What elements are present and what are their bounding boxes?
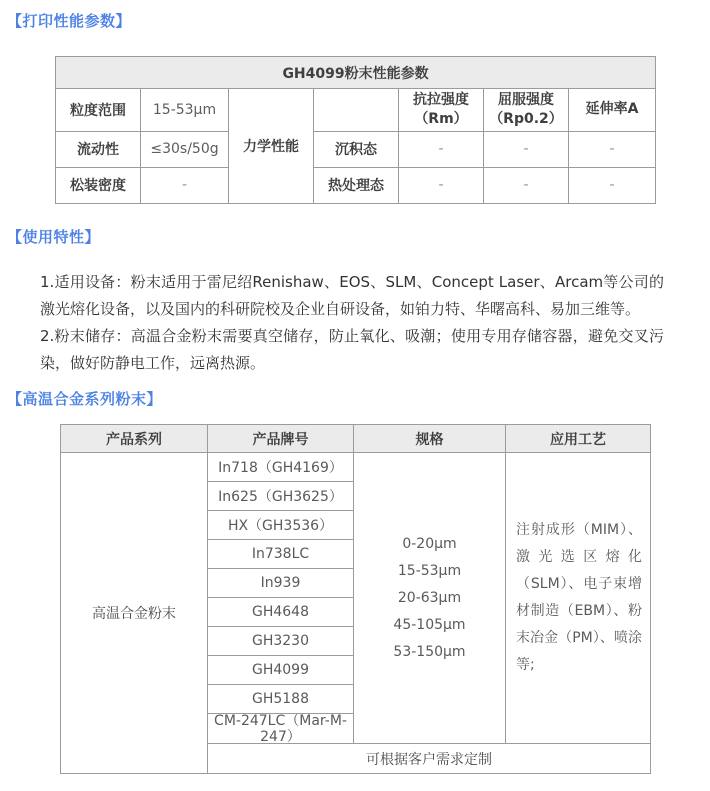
empty-cell [314, 89, 399, 132]
cell-value: - [399, 167, 484, 203]
column-header-spec: 规格 [354, 425, 506, 453]
brand-cell: GH4099 [208, 656, 354, 685]
table-header-row: 产品系列 产品牌号 规格 应用工艺 [61, 425, 651, 453]
brand-cell: GH4648 [208, 598, 354, 627]
spec-line: 0-20μm [354, 531, 505, 558]
alloy-series-table: 产品系列 产品牌号 规格 应用工艺 高温合金粉末 In718（GH4169） 0… [60, 424, 651, 774]
spec-line: 20-63μm [354, 585, 505, 612]
section-title-alloy-series: 【高温合金系列粉末】 [7, 388, 162, 409]
cell-value: - [399, 131, 484, 167]
row-label: 粒度范围 [56, 89, 141, 132]
applications-cell: 注射成形（MIM）、激光选区熔化（SLM）、电子束增材制造（EBM）、粉末冶金（… [506, 453, 651, 744]
cell-value: - [569, 131, 656, 167]
section-title-usage: 【使用特性】 [7, 226, 100, 247]
brand-cell: In939 [208, 569, 354, 598]
spec-line: 45-105μm [354, 612, 505, 639]
brand-cell: In718（GH4169） [208, 453, 354, 482]
usage-paragraph-equipment: 1.适用设备：粉末适用于雷尼绍Renishaw、EOS、SLM、Concept … [40, 269, 664, 323]
state-label: 沉积态 [314, 131, 399, 167]
spec-line: 53-150μm [354, 639, 505, 666]
brand-cell: HX（GH3536） [208, 511, 354, 540]
row-value: - [141, 167, 229, 203]
mechanical-properties-label: 力学性能 [229, 89, 314, 204]
custom-note-cell: 可根据客户需求定制 [208, 744, 651, 774]
column-header-yield: 屈服强度（Rp0.2） [484, 89, 569, 132]
usage-notes: 1.适用设备：粉末适用于雷尼绍Renishaw、EOS、SLM、Concept … [40, 269, 664, 377]
performance-table-title: GH4099粉末性能参数 [56, 57, 656, 89]
brand-label: CM-247LC（Mar-M-247） [208, 714, 353, 743]
spec-line: 15-53μm [354, 558, 505, 585]
cell-value: - [569, 167, 656, 203]
column-header-series: 产品系列 [61, 425, 208, 453]
powder-performance-table: GH4099粉末性能参数 粒度范围 15-53μm 力学性能 抗拉强度（Rm） … [55, 56, 656, 204]
table-row: 松装密度 - 热处理态 - - - [56, 167, 656, 203]
table-row: 粒度范围 15-53μm 力学性能 抗拉强度（Rm） 屈服强度（Rp0.2） 延… [56, 89, 656, 132]
row-label: 松装密度 [56, 167, 141, 203]
cell-value: - [484, 167, 569, 203]
cell-value: - [484, 131, 569, 167]
brand-cell-cm247lc: CM-247LC（Mar-M-247） [208, 714, 354, 744]
series-name-cell: 高温合金粉末 [61, 453, 208, 774]
section-title-print-params: 【打印性能参数】 [7, 10, 131, 31]
table-row: 高温合金粉末 In718（GH4169） 0-20μm 15-53μm 20-6… [61, 453, 651, 482]
column-header-application: 应用工艺 [506, 425, 651, 453]
usage-paragraph-storage: 2.粉末储存：高温合金粉末需要真空储存，防止氧化、吸潮；使用专用存储容器，避免交… [40, 323, 664, 377]
row-label: 流动性 [56, 131, 141, 167]
row-value: 15-53μm [141, 89, 229, 132]
state-label: 热处理态 [314, 167, 399, 203]
table-row: 流动性 ≤30s/50g 沉积态 - - - [56, 131, 656, 167]
column-header-brand: 产品牌号 [208, 425, 354, 453]
brand-cell: GH3230 [208, 627, 354, 656]
column-header-tensile: 抗拉强度（Rm） [399, 89, 484, 132]
specs-cell: 0-20μm 15-53μm 20-63μm 45-105μm 53-150μm [354, 453, 506, 744]
powder-spec-page: 【打印性能参数】 GH4099粉末性能参数 粒度范围 15-53μm 力学性能 … [0, 0, 710, 791]
column-header-elongation: 延伸率A [569, 89, 656, 132]
brand-cell: In738LC [208, 540, 354, 569]
brand-cell: GH5188 [208, 685, 354, 714]
row-value: ≤30s/50g [141, 131, 229, 167]
brand-cell: In625（GH3625） [208, 482, 354, 511]
